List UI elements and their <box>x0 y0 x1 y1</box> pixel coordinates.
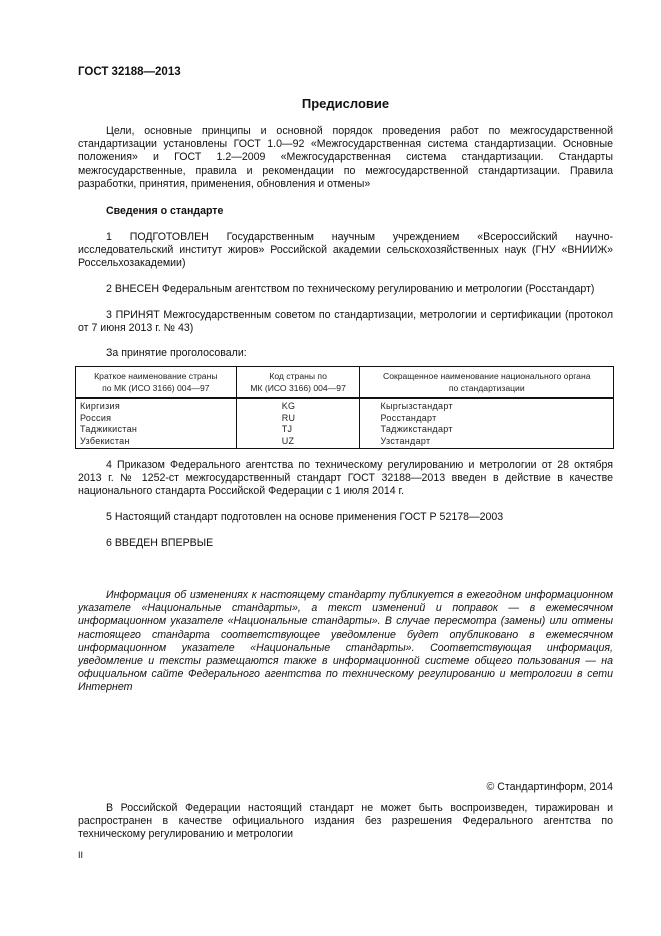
cell-country: Узбекистан <box>76 436 237 449</box>
document-id: ГОСТ 32188—2013 <box>78 66 181 78</box>
cell-country: Таджикистан <box>76 424 237 436</box>
cell-org: Узстандарт <box>360 436 614 449</box>
item-5-text: 5 Настоящий стандарт подготовлен на осно… <box>106 511 503 523</box>
cell-code: KG <box>236 398 360 413</box>
table-row: УзбекистанUZУзстандарт <box>76 436 614 449</box>
cell-org: Таджикстандарт <box>360 424 614 436</box>
legal-note: В Российской Федерации настоящий стандар… <box>78 802 613 842</box>
section-title: Сведения о стандарте <box>106 205 223 217</box>
item-5: 5 Настоящий стандарт подготовлен на осно… <box>78 511 613 524</box>
header-body: Сокращенное наименование национального о… <box>360 367 614 399</box>
table-header-row: Краткое наименование страныпо МК (ИСО 31… <box>76 367 614 399</box>
item-4-text: 4 Приказом Федерального агентства по тех… <box>78 459 613 497</box>
cell-code: TJ <box>236 424 360 436</box>
page-number: II <box>78 850 83 860</box>
legal-note-text: В Российской Федерации настоящий стандар… <box>78 802 613 840</box>
cell-org: Росстандарт <box>360 413 614 425</box>
intro-paragraph: Цели, основные принципы и основной поряд… <box>78 125 613 191</box>
item-2-text: 2 ВНЕСЕН Федеральным агентством по техни… <box>106 283 594 295</box>
item-2: 2 ВНЕСЕН Федеральным агентством по техни… <box>78 283 613 296</box>
item-6-text: 6 ВВЕДЕН ВПЕРВЫЕ <box>106 537 213 549</box>
cell-country: Киргизия <box>76 398 237 413</box>
vote-label: За принятие проголосовали: <box>106 347 247 359</box>
table-row: ТаджикистанTJТаджикстандарт <box>76 424 614 436</box>
info-note: Информация об изменениях к настоящему ст… <box>78 589 613 695</box>
cell-country: Россия <box>76 413 237 425</box>
copyright: © Стандартинформ, 2014 <box>487 781 613 793</box>
voting-table: Краткое наименование страныпо МК (ИСО 31… <box>75 366 614 449</box>
header-code: Код страны поМК (ИСО 3166) 004—97 <box>236 367 360 399</box>
cell-code: UZ <box>236 436 360 449</box>
cell-code: RU <box>236 413 360 425</box>
item-6: 6 ВВЕДЕН ВПЕРВЫЕ <box>78 537 613 550</box>
page-title: Предисловие <box>0 96 661 111</box>
table-row: РоссияRUРосстандарт <box>76 413 614 425</box>
item-1: 1 ПОДГОТОВЛЕН Государственным научным уч… <box>78 231 613 271</box>
header-country: Краткое наименование страныпо МК (ИСО 31… <box>76 367 237 399</box>
intro-text: Цели, основные принципы и основной поряд… <box>78 125 613 190</box>
item-4: 4 Приказом Федерального агентства по тех… <box>78 459 613 499</box>
info-note-text: Информация об изменениях к настоящему ст… <box>78 589 613 693</box>
cell-org: Кыргызстандарт <box>360 398 614 413</box>
item-3: 3 ПРИНЯТ Межгосударственным советом по с… <box>78 309 613 335</box>
item-1-text: 1 ПОДГОТОВЛЕН Государственным научным уч… <box>78 231 613 269</box>
item-3-text: 3 ПРИНЯТ Межгосударственным советом по с… <box>78 309 613 334</box>
table-row: КиргизияKGКыргызстандарт <box>76 398 614 413</box>
